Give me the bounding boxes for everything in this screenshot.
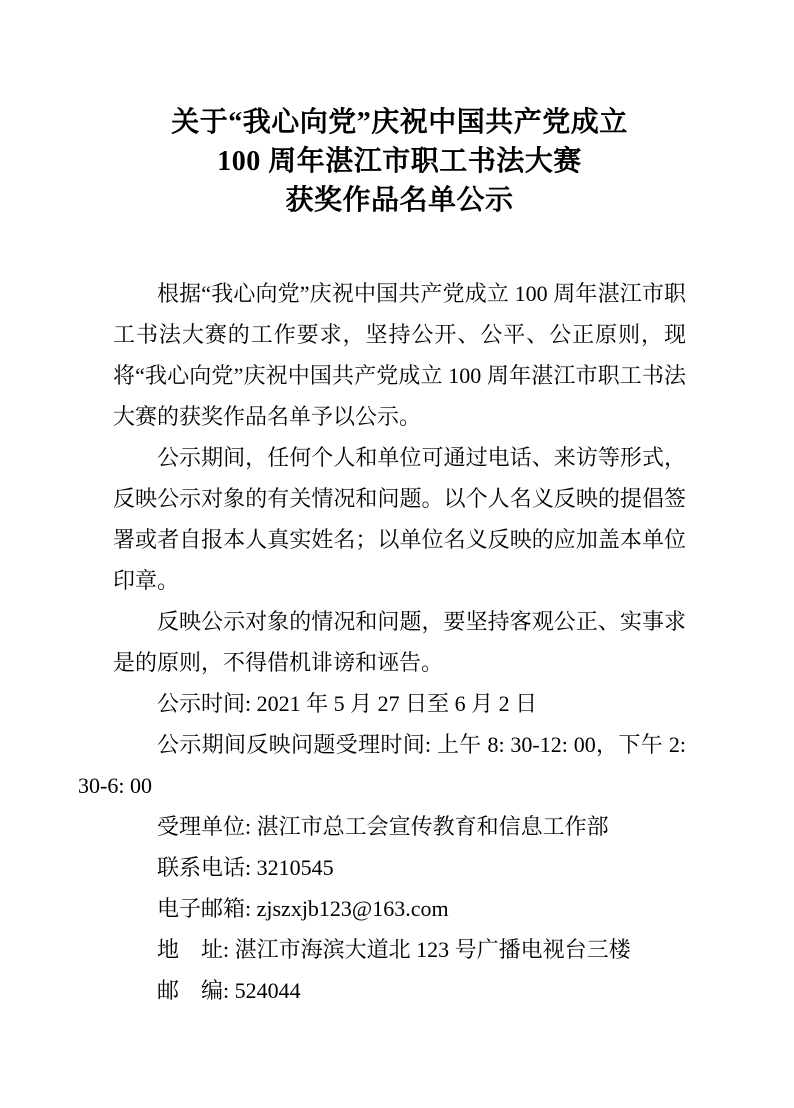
document-page: 关于“我心向党”庆祝中国共产党成立 100 周年湛江市职工书法大赛 获奖作品名单… (0, 0, 794, 1108)
document-title-line-2: 100 周年湛江市职工书法大赛 (113, 142, 686, 181)
line-email: 电子邮箱: zjszxjb123@163.com (113, 888, 686, 929)
paragraph-basis-announcement: 根据“我心向党”庆祝中国共产党成立 100 周年湛江市职工书法大赛的工作要求，坚… (113, 273, 686, 437)
line-publicity-period: 公示时间: 2021 年 5 月 27 日至 6 月 2 日 (113, 683, 686, 724)
line-reception-unit: 受理单位: 湛江市总工会宣传教育和信息工作部 (113, 806, 686, 847)
line-address: 地 址: 湛江市海滨大道北 123 号广播电视台三楼 (113, 929, 686, 970)
document-body: 根据“我心向党”庆祝中国共产党成立 100 周年湛江市职工书法大赛的工作要求，坚… (113, 273, 686, 1011)
line-reception-time: 公示期间反映问题受理时间: 上午 8: 30-12: 00，下午 2: 30-6… (78, 724, 686, 806)
paragraph-feedback-principles: 反映公示对象的情况和问题，要坚持客观公正、实事求是的原则，不得借机诽谤和诬告。 (113, 601, 686, 683)
document-title-line-1: 关于“我心向党”庆祝中国共产党成立 (113, 103, 686, 142)
paragraph-feedback-channels: 公示期间，任何个人和单位可通过电话、来访等形式，反映公示对象的有关情况和问题。以… (113, 437, 686, 601)
line-postal-code: 邮 编: 524044 (113, 970, 686, 1011)
document-title: 关于“我心向党”庆祝中国共产党成立 100 周年湛江市职工书法大赛 获奖作品名单… (113, 103, 686, 220)
document-title-line-3: 获奖作品名单公示 (113, 181, 686, 220)
line-contact-phone: 联系电话: 3210545 (113, 847, 686, 888)
